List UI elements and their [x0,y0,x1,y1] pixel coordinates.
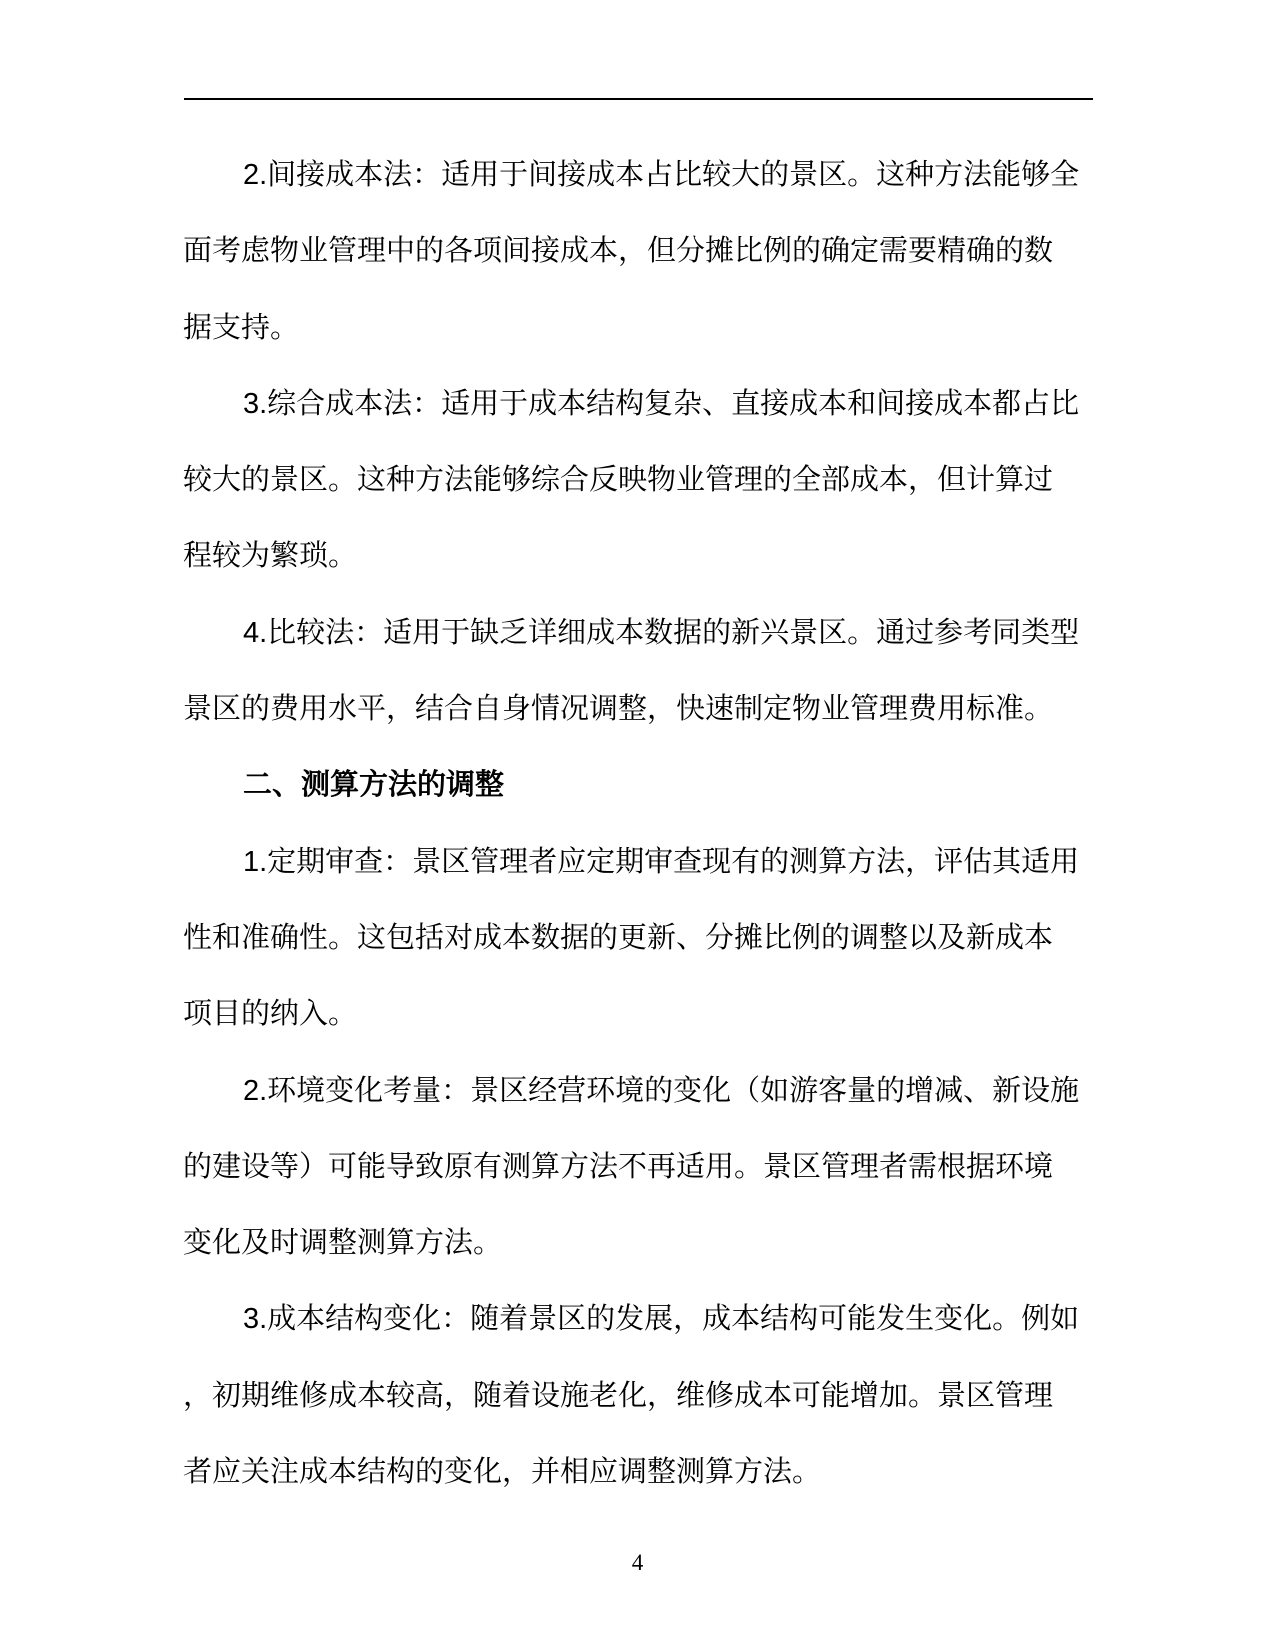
paragraph: 1.定期审查：景区管理者应定期审查现有的测算方法，评估其适用性和准确性。这包括对… [183,824,1093,1053]
document-page: 2.间接成本法：适用于间接成本占比较大的景区。这种方法能够全面考虑物业管理中的各… [0,0,1275,1650]
paragraph: 4.比较法：适用于缺乏详细成本数据的新兴景区。通过参考同类型景区的费用水平，结合… [183,595,1093,748]
text-line: 二、测算方法的调整 [183,747,1093,823]
header-rule [184,98,1093,100]
paragraph: 2.间接成本法：适用于间接成本占比较大的景区。这种方法能够全面考虑物业管理中的各… [183,137,1093,366]
section-heading: 二、测算方法的调整 [183,747,1093,823]
text-line: 程较为繁琐。 [183,518,1093,594]
paragraph: 3.成本结构变化：随着景区的发展，成本结构可能发生变化。例如，初期维修成本较高，… [183,1281,1093,1510]
text-line: 面考虑物业管理中的各项间接成本，但分摊比例的确定需要精确的数 [183,213,1093,289]
text-line: 的建设等）可能导致原有测算方法不再适用。景区管理者需根据环境 [183,1129,1093,1205]
paragraph: 3.综合成本法：适用于成本结构复杂、直接成本和间接成本都占比较大的景区。这种方法… [183,366,1093,595]
text-line: 2.环境变化考量：景区经营环境的变化（如游客量的增减、新设施 [183,1053,1093,1129]
text-line: 变化及时调整测算方法。 [183,1205,1093,1281]
text-line: 较大的景区。这种方法能够综合反映物业管理的全部成本，但计算过 [183,442,1093,518]
text-line: 者应关注成本结构的变化，并相应调整测算方法。 [183,1434,1093,1510]
text-line: ，初期维修成本较高，随着设施老化，维修成本可能增加。景区管理 [183,1358,1093,1434]
text-line: 2.间接成本法：适用于间接成本占比较大的景区。这种方法能够全 [183,137,1093,213]
text-line: 据支持。 [183,290,1093,366]
text-line: 1.定期审查：景区管理者应定期审查现有的测算方法，评估其适用 [183,824,1093,900]
text-line: 3.综合成本法：适用于成本结构复杂、直接成本和间接成本都占比 [183,366,1093,442]
document-body: 2.间接成本法：适用于间接成本占比较大的景区。这种方法能够全面考虑物业管理中的各… [183,137,1093,1510]
text-line: 性和准确性。这包括对成本数据的更新、分摊比例的调整以及新成本 [183,900,1093,976]
text-line: 景区的费用水平，结合自身情况调整，快速制定物业管理费用标准。 [183,671,1093,747]
paragraph: 2.环境变化考量：景区经营环境的变化（如游客量的增减、新设施的建设等）可能导致原… [183,1053,1093,1282]
text-line: 项目的纳入。 [183,976,1093,1052]
text-line: 3.成本结构变化：随着景区的发展，成本结构可能发生变化。例如 [183,1281,1093,1357]
page-number: 4 [0,1549,1275,1577]
text-line: 4.比较法：适用于缺乏详细成本数据的新兴景区。通过参考同类型 [183,595,1093,671]
